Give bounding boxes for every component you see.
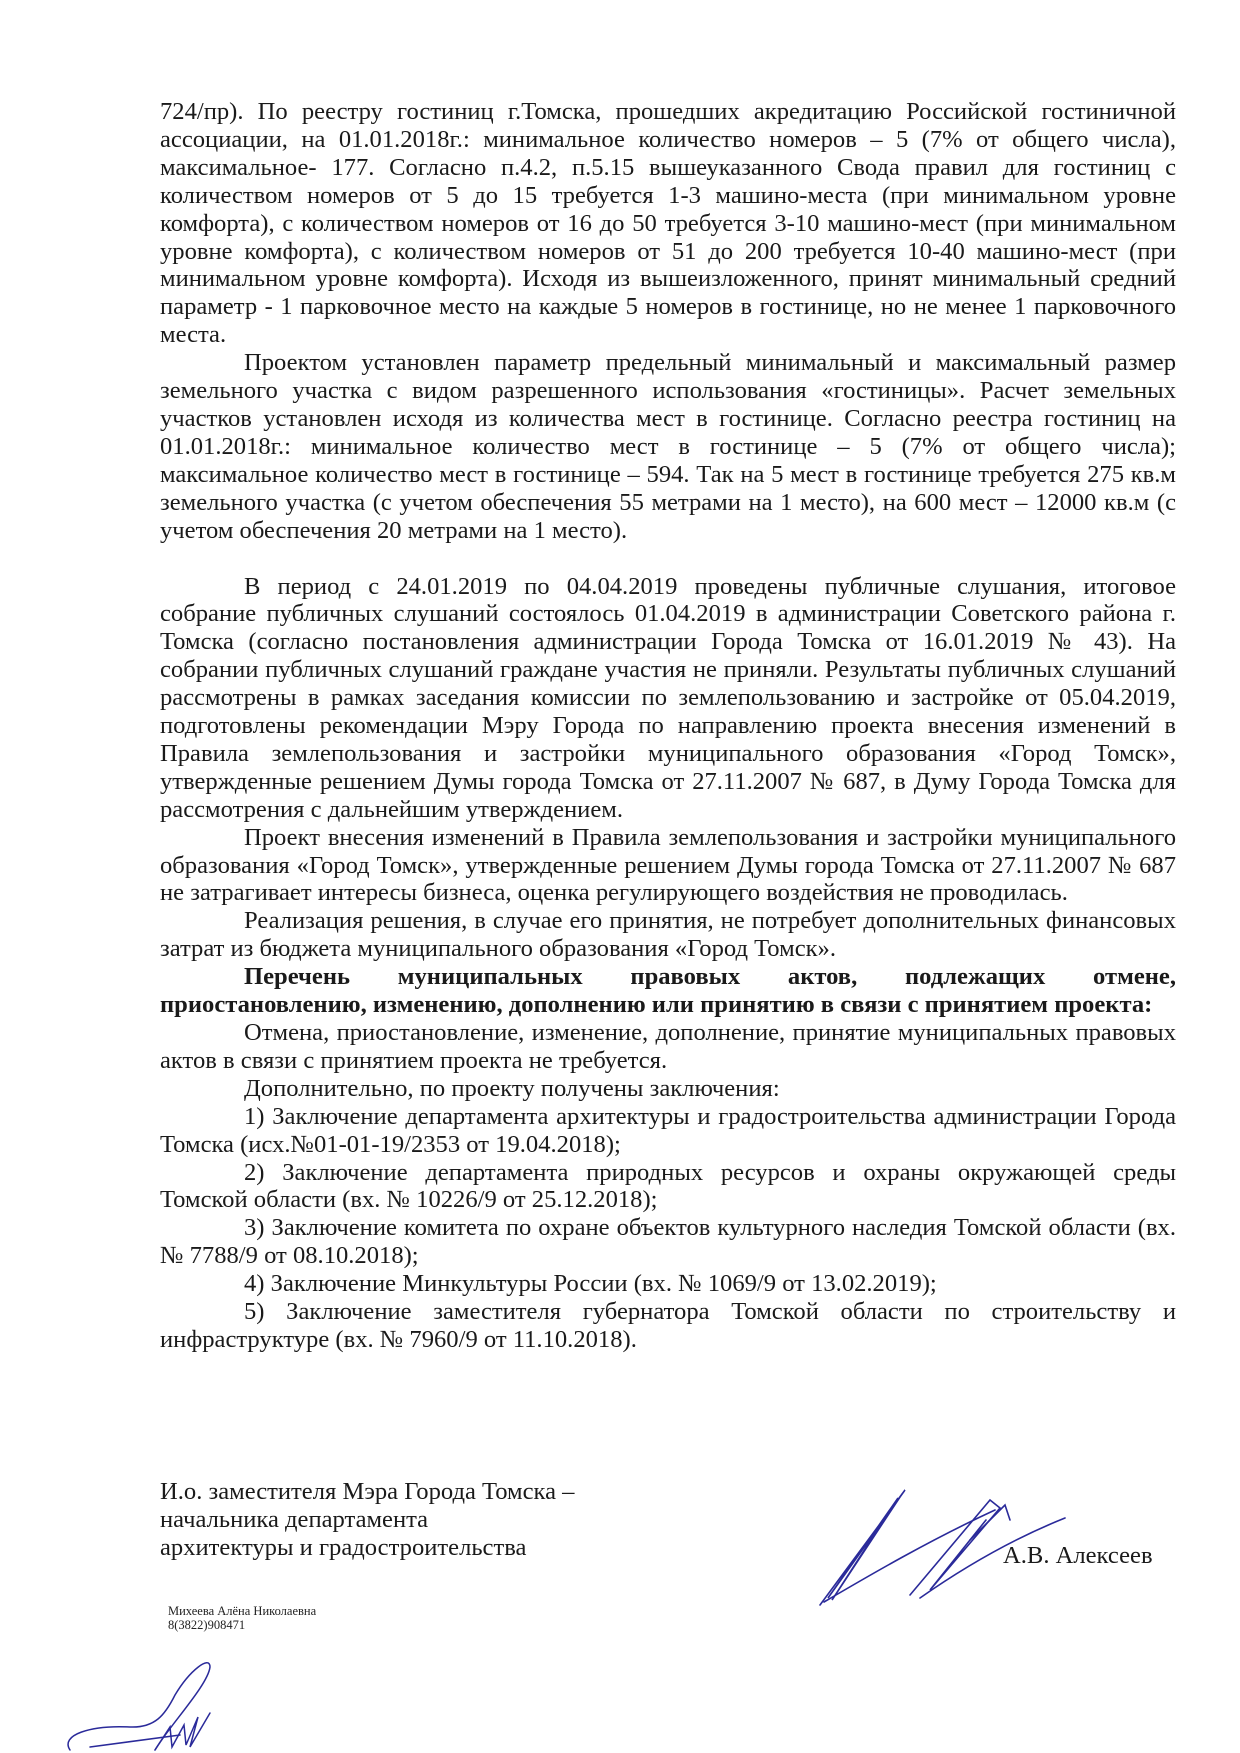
signatory-position: И.о. заместителя Мэра Города Томска – на… bbox=[160, 1478, 574, 1562]
paragraph-parking-norms: 724/пр). По реестру гостиниц г.Томска, п… bbox=[160, 98, 1176, 349]
handwritten-initials-icon bbox=[60, 1655, 220, 1753]
paragraph-budget: Реализация решения, в случае его приняти… bbox=[160, 907, 1176, 963]
paragraph-legal-acts-not-required: Отмена, приостановление, изменение, допо… bbox=[160, 1019, 1176, 1075]
paragraph-conclusions-intro: Дополнительно, по проекту получены заклю… bbox=[160, 1075, 1176, 1103]
document-body: 724/пр). По реестру гостиниц г.Томска, п… bbox=[160, 98, 1176, 1354]
signatory-position-line-1: И.о. заместителя Мэра Города Томска – bbox=[160, 1478, 574, 1506]
conclusion-item-3: 3) Заключение комитета по охране объекто… bbox=[160, 1214, 1176, 1270]
executor-info: Михеева Алёна Николаевна 8(3822)908471 bbox=[168, 1604, 316, 1632]
conclusion-item-1: 1) Заключение департамента архитектуры и… bbox=[160, 1103, 1176, 1159]
conclusion-item-4: 4) Заключение Минкультуры России (вх. № … bbox=[160, 1270, 1176, 1298]
executor-name: Михеева Алёна Николаевна bbox=[168, 1604, 316, 1618]
paragraph-gap bbox=[160, 545, 1176, 573]
paragraph-public-hearings: В период с 24.01.2019 по 04.04.2019 пров… bbox=[160, 573, 1176, 824]
document-page: 724/пр). По реестру гостиниц г.Томска, п… bbox=[0, 0, 1240, 1753]
signatory-position-line-3: архитектуры и градостроительства bbox=[160, 1534, 574, 1562]
paragraph-business-impact: Проект внесения изменений в Правила земл… bbox=[160, 824, 1176, 908]
signatory-position-line-2: начальника департамента bbox=[160, 1506, 574, 1534]
signatory-name: А.В. Алексеев bbox=[1003, 1542, 1153, 1570]
conclusion-item-5: 5) Заключение заместителя губернатора То… bbox=[160, 1298, 1176, 1354]
executor-phone: 8(3822)908471 bbox=[168, 1618, 316, 1632]
conclusion-item-2: 2) Заключение департамента природных рес… bbox=[160, 1159, 1176, 1215]
paragraph-land-plot-size: Проектом установлен параметр предельный … bbox=[160, 349, 1176, 544]
heading-legal-acts-list: Перечень муниципальных правовых актов, п… bbox=[160, 963, 1176, 1019]
